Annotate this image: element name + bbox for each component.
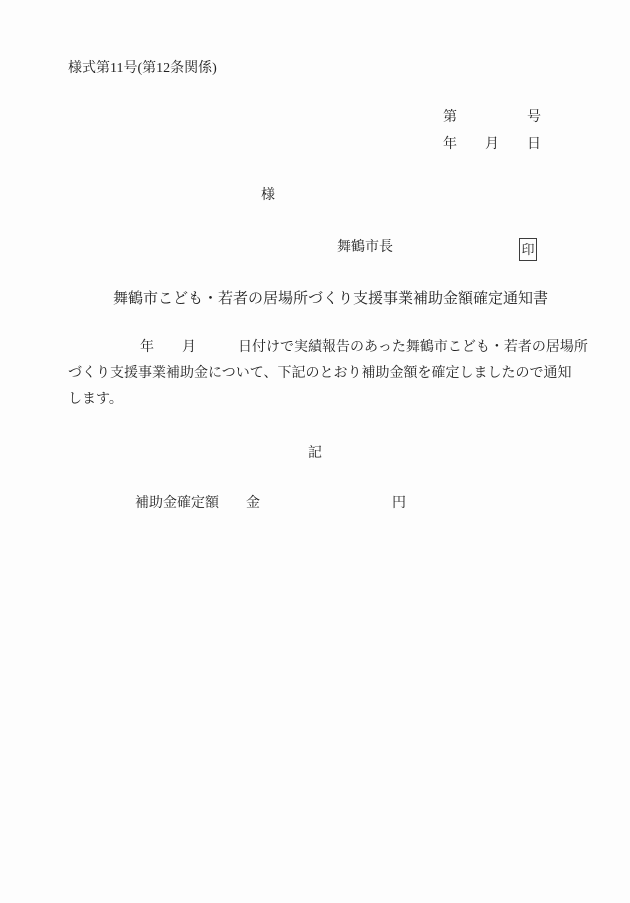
- sender-title: 舞鶴市長: [337, 240, 393, 255]
- body-line1-text: 日付けで実績報告のあった舞鶴市こども・若者の居場所: [238, 340, 588, 355]
- seal-box: 印: [519, 238, 537, 261]
- body-line1-year-label: 年: [140, 340, 154, 355]
- amount-prefix: 金: [246, 496, 260, 511]
- date-day-label: 日: [527, 137, 541, 152]
- doc-number-prefix: 第: [443, 110, 457, 125]
- doc-number-suffix: 号: [527, 110, 541, 125]
- form-number-note: 様式第11号(第12条関係): [68, 61, 217, 76]
- document-title: 舞鶴市こども・若者の居場所づくり支援事業補助金額確定通知書: [113, 291, 548, 308]
- list-marker: 記: [0, 446, 630, 461]
- addressee-honorific: 様: [261, 188, 275, 203]
- body-line2-text: づくり支援事業補助金について、下記のとおり補助金額を確定しましたので通知: [68, 366, 571, 381]
- body-line1-month-label: 月: [182, 340, 196, 355]
- amount-label: 補助金確定額: [135, 496, 219, 511]
- document-page: 様式第11号(第12条関係) 第 号 年 月 日 様 舞鶴市長 印 舞鶴市こども…: [0, 0, 630, 903]
- date-month-label: 月: [485, 137, 499, 152]
- seal-label: 印: [521, 243, 534, 256]
- amount-unit: 円: [392, 496, 406, 511]
- body-line3-text: します。: [68, 392, 123, 407]
- date-year-label: 年: [443, 137, 457, 152]
